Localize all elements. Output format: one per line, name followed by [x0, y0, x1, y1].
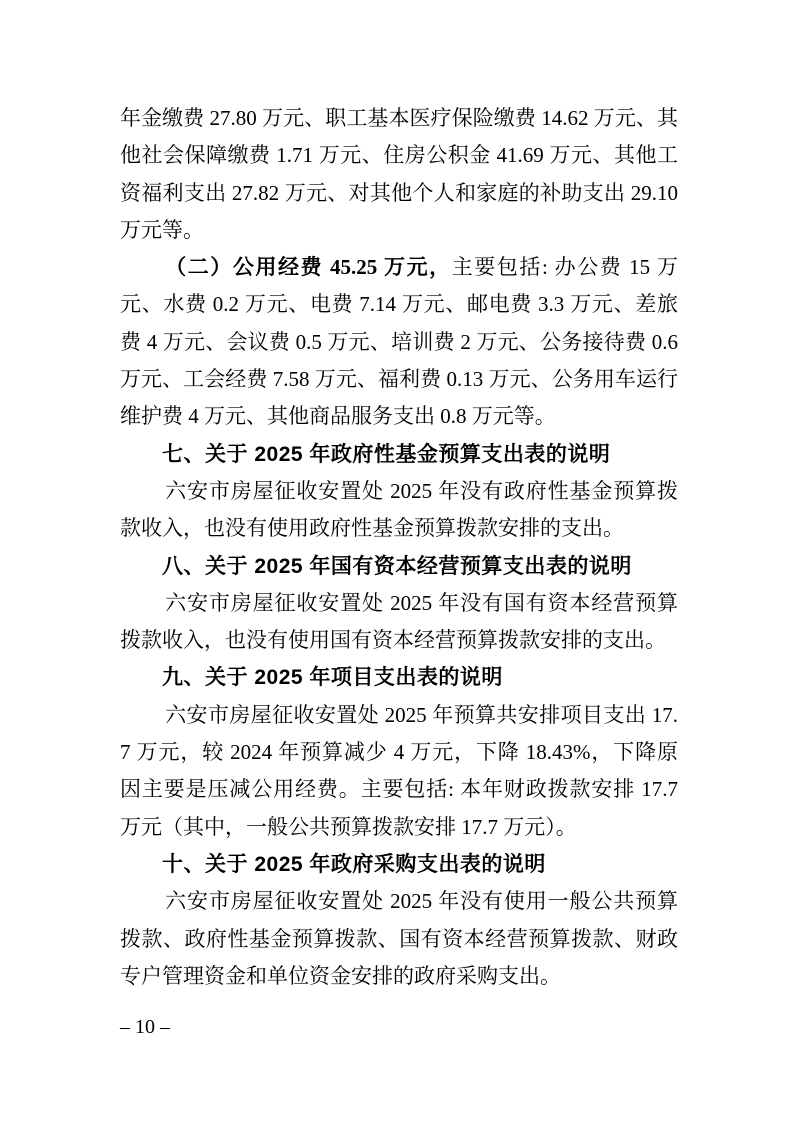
section-heading: 七、关于 2025 年政府性基金预算支出表的说明	[120, 436, 678, 473]
text-run: 六安市房屋征收安置处 2025 年没有使用一般公共预算拨款、政府性基金预算拨款、…	[120, 889, 678, 988]
bold-emphasis-run: （二）公用经费 45.25 万元，	[165, 255, 452, 279]
body-paragraph: 六安市房屋征收安置处 2025 年没有政府性基金预算拨款收入，也没有使用政府性基…	[120, 473, 678, 548]
section-heading: 八、关于 2025 年国有资本经营预算支出表的说明	[120, 548, 678, 585]
body-paragraph: 年金缴费 27.80 万元、职工基本医疗保险缴费 14.62 万元、其他社会保障…	[120, 100, 678, 249]
page-number: – 10 –	[120, 1013, 170, 1041]
text-run: 主要包括: 办公费 15 万元、水费 0.2 万元、电费 7.14 万元、邮电费…	[120, 255, 678, 428]
text-run: 六安市房屋征收安置处 2025 年没有国有资本经营预算拨款收入，也没有使用国有资…	[120, 591, 678, 652]
text-run: 六安市房屋征收安置处 2025 年预算共安排项目支出 17.7 万元，较 202…	[120, 703, 678, 839]
body-paragraph: 六安市房屋征收安置处 2025 年预算共安排项目支出 17.7 万元，较 202…	[120, 697, 678, 846]
document-page: 年金缴费 27.80 万元、职工基本医疗保险缴费 14.62 万元、其他社会保障…	[0, 0, 793, 1122]
body-paragraph: 六安市房屋征收安置处 2025 年没有使用一般公共预算拨款、政府性基金预算拨款、…	[120, 883, 678, 995]
document-body: 年金缴费 27.80 万元、职工基本医疗保险缴费 14.62 万元、其他社会保障…	[120, 100, 678, 995]
section-heading: 十、关于 2025 年政府采购支出表的说明	[120, 846, 678, 883]
body-paragraph: （二）公用经费 45.25 万元，主要包括: 办公费 15 万元、水费 0.2 …	[120, 249, 678, 435]
body-paragraph: 六安市房屋征收安置处 2025 年没有国有资本经营预算拨款收入，也没有使用国有资…	[120, 585, 678, 660]
text-run: 六安市房屋征收安置处 2025 年没有政府性基金预算拨款收入，也没有使用政府性基…	[120, 479, 678, 540]
text-run: 年金缴费 27.80 万元、职工基本医疗保险缴费 14.62 万元、其他社会保障…	[120, 106, 678, 242]
section-heading: 九、关于 2025 年项目支出表的说明	[120, 659, 678, 696]
